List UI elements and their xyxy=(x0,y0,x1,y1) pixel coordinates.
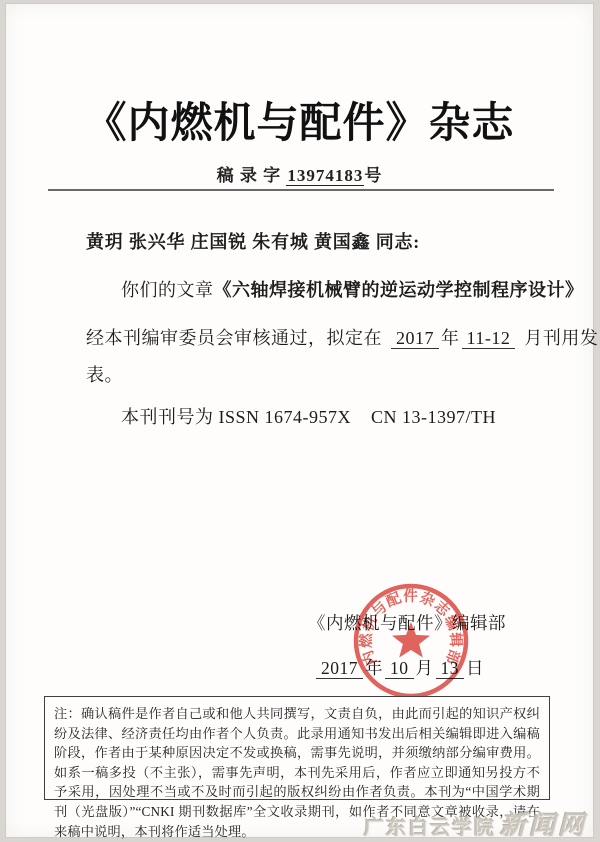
manuscript-suffix: 号 xyxy=(364,166,382,185)
manuscript-number-line: 稿 录 字 13974183号 xyxy=(6,161,593,186)
review-part1: 经本刊编审委员会审核通过，拟定在 xyxy=(86,328,382,348)
review-wrap-line: 表。 xyxy=(86,361,123,387)
article-intro: 你们的文章 xyxy=(121,280,214,300)
manuscript-number: 13974183 xyxy=(286,166,364,186)
date-year-char: 年 xyxy=(363,658,385,678)
review-part2: 月刊用发 xyxy=(524,328,598,348)
note-box: 注：确认稿件是作者自己或和他人共同撰写，文责自负，由此而引起的知识产权纠纷及法律… xyxy=(44,696,550,800)
spacer xyxy=(382,328,391,348)
article-line: 你们的文章《六轴焊接机械臂的逆运动学控制程序设计》 xyxy=(121,276,584,302)
article-title: 《六轴焊接机械臂的逆运动学控制程序设计》 xyxy=(214,280,584,300)
watermark-site: 新闻网 xyxy=(500,811,587,841)
watermark: 广东白云学院 新闻网 xyxy=(364,805,587,842)
date-day: 13 xyxy=(436,658,465,679)
date-month: 10 xyxy=(385,658,414,679)
publish-year: 2017 xyxy=(391,328,439,349)
header-divider xyxy=(48,189,554,191)
journal-title: 《内燃机与配件》杂志 xyxy=(6,90,593,150)
year-char: 年 xyxy=(439,328,462,348)
scanned-acceptance-letter: { "header": { "journal_title": "《内燃机与配件》… xyxy=(0,0,600,842)
editorial-department: 《内燃机与配件》编辑部 xyxy=(308,610,506,635)
date-line: 2017年10月13日 xyxy=(316,655,486,680)
document-page: 《内燃机与配件》杂志 稿 录 字 13974183号 黄玥 张兴华 庄国锐 朱有… xyxy=(5,3,594,838)
issn-line: 本刊刊号为 ISSN 1674-957X CN 13-1397/TH xyxy=(121,403,496,429)
red-seal-stamp-icon: 内燃机与配件杂志编辑部 xyxy=(336,566,486,716)
salutation-line: 黄玥 张兴华 庄国锐 朱有城 黄国鑫 同志: xyxy=(86,228,420,254)
salutation-suffix: 同志: xyxy=(370,232,420,252)
watermark-school: 广东白云学院 xyxy=(364,815,496,839)
review-line: 经本刊编审委员会审核通过，拟定在 2017年11-12 月刊用发 xyxy=(86,324,598,350)
date-year: 2017 xyxy=(316,658,363,679)
spacer xyxy=(515,328,524,348)
date-day-char: 日 xyxy=(464,658,486,678)
date-month-char: 月 xyxy=(414,658,436,678)
manuscript-prefix: 稿 录 字 xyxy=(217,166,287,185)
publish-month: 11-12 xyxy=(462,328,516,349)
author-names: 黄玥 张兴华 庄国锐 朱有城 黄国鑫 xyxy=(86,232,370,252)
